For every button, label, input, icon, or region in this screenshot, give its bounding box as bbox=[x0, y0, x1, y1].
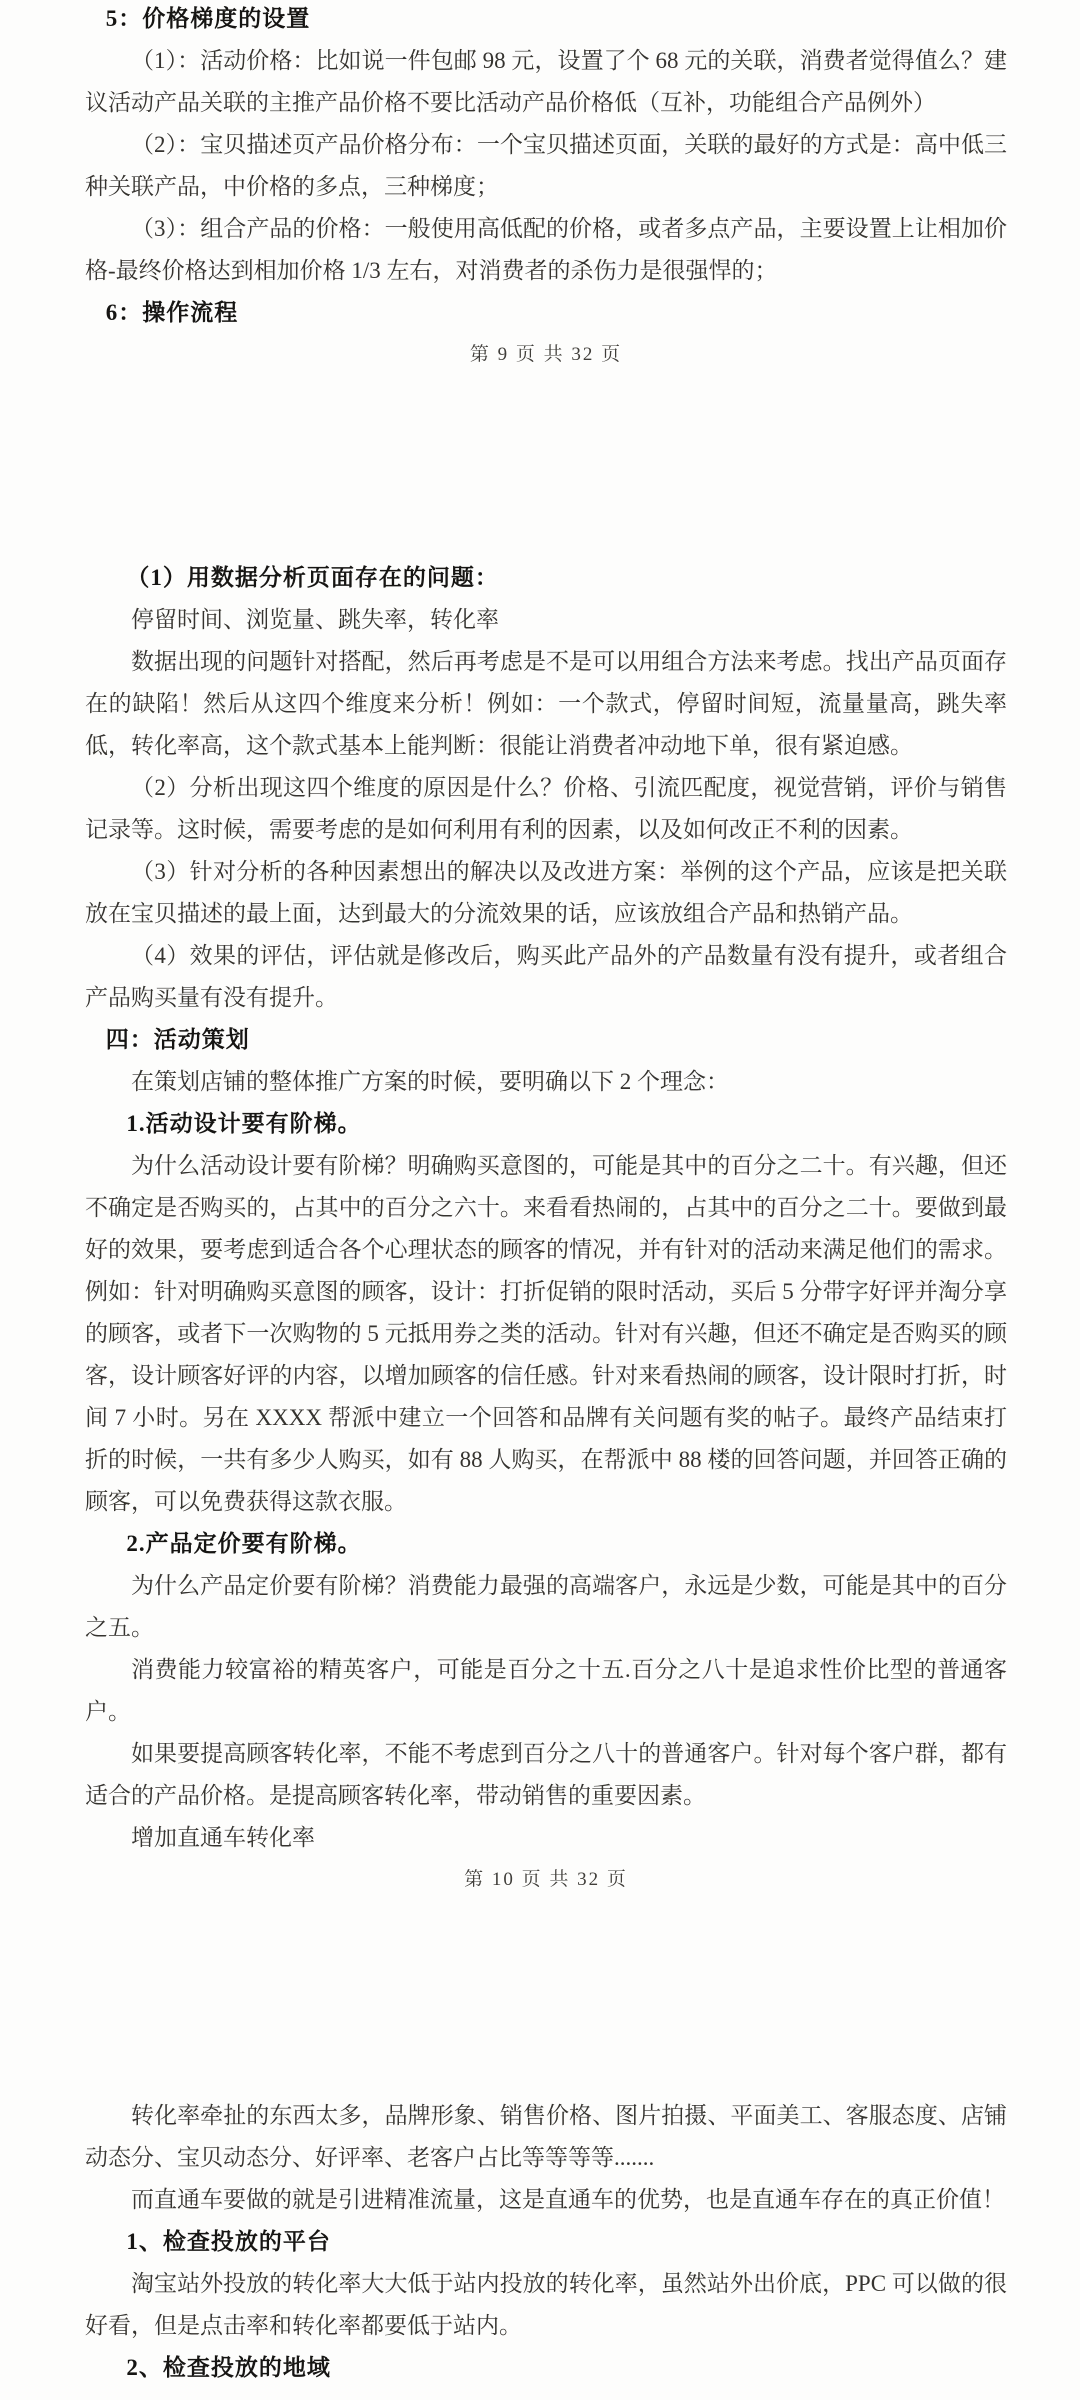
section-heading: 5：价格梯度的设置 bbox=[85, 0, 1007, 40]
document-page-9: 5：价格梯度的设置（1）：活动价格：比如说一件包邮 98 元，设置了个 68 元… bbox=[85, 0, 1007, 376]
section-heading: （1）用数据分析页面存在的问题： bbox=[85, 557, 1007, 599]
paragraph: 为什么产品定价要有阶梯？消费能力最强的高端客户，永远是少数，可能是其中的百分之五… bbox=[85, 1565, 1007, 1649]
paragraph: 停留时间、浏览量、跳失率，转化率 bbox=[85, 599, 1007, 641]
document-page-11: 转化率牵扯的东西太多，品牌形象、销售价格、图片拍摄、平面美工、客服态度、店铺动态… bbox=[85, 2095, 1007, 2389]
paragraph: （2）分析出现这四个维度的原因是什么？价格、引流匹配度，视觉营销，评价与销售记录… bbox=[85, 767, 1007, 851]
paragraph: 消费能力较富裕的精英客户，可能是百分之十五.百分之八十是追求性价比型的普通客户。 bbox=[85, 1649, 1007, 1733]
paragraph: （3）针对分析的各种因素想出的解决以及改进方案：举例的这个产品，应该是把关联放在… bbox=[85, 851, 1007, 935]
paragraph: （3）：组合产品的价格：一般使用高低配的价格，或者多点产品，主要设置上让相加价格… bbox=[85, 208, 1007, 292]
paragraph: （2）：宝贝描述页产品价格分布：一个宝贝描述页面，关联的最好的方式是：高中低三种… bbox=[85, 124, 1007, 208]
paragraph: （4）效果的评估，评估就是修改后，购买此产品外的产品数量有没有提升，或者组合产品… bbox=[85, 935, 1007, 1019]
section-heading: 1、检查投放的平台 bbox=[85, 2221, 1007, 2263]
paragraph: （1）：活动价格：比如说一件包邮 98 元，设置了个 68 元的关联，消费者觉得… bbox=[85, 40, 1007, 124]
page-number-footer: 第 10 页 共 32 页 bbox=[85, 1859, 1007, 1901]
section-heading: 1.活动设计要有阶梯。 bbox=[85, 1103, 1007, 1145]
paragraph: 数据出现的问题针对搭配，然后再考虑是不是可以用组合方法来考虑。找出产品页面存在的… bbox=[85, 641, 1007, 767]
paragraph: 在策划店铺的整体推广方案的时候，要明确以下 2 个理念： bbox=[85, 1061, 1007, 1103]
document-page-10: （1）用数据分析页面存在的问题：停留时间、浏览量、跳失率，转化率数据出现的问题针… bbox=[85, 557, 1007, 1901]
paragraph: 淘宝站外投放的转化率大大低于站内投放的转化率，虽然站外出价底，PPC 可以做的很… bbox=[85, 2263, 1007, 2347]
document-viewer: 5：价格梯度的设置（1）：活动价格：比如说一件包邮 98 元，设置了个 68 元… bbox=[0, 0, 1080, 2400]
paragraph: 为什么活动设计要有阶梯？明确购买意图的，可能是其中的百分之二十。有兴趣，但还不确… bbox=[85, 1145, 1007, 1523]
paragraph: 而直通车要做的就是引进精准流量，这是直通车的优势，也是直通车存在的真正价值！ bbox=[85, 2179, 1007, 2221]
paragraph: 转化率牵扯的东西太多，品牌形象、销售价格、图片拍摄、平面美工、客服态度、店铺动态… bbox=[85, 2095, 1007, 2179]
section-heading: 6：操作流程 bbox=[85, 292, 1007, 334]
section-heading: 四：活动策划 bbox=[85, 1019, 1007, 1061]
paragraph: 如果要提高顾客转化率，不能不考虑到百分之八十的普通客户。针对每个客户群，都有适合… bbox=[85, 1733, 1007, 1817]
paragraph: 增加直通车转化率 bbox=[85, 1817, 1007, 1859]
page-number-footer: 第 9 页 共 32 页 bbox=[85, 334, 1007, 376]
section-heading: 2.产品定价要有阶梯。 bbox=[85, 1523, 1007, 1565]
section-heading: 2、检查投放的地域 bbox=[85, 2347, 1007, 2389]
